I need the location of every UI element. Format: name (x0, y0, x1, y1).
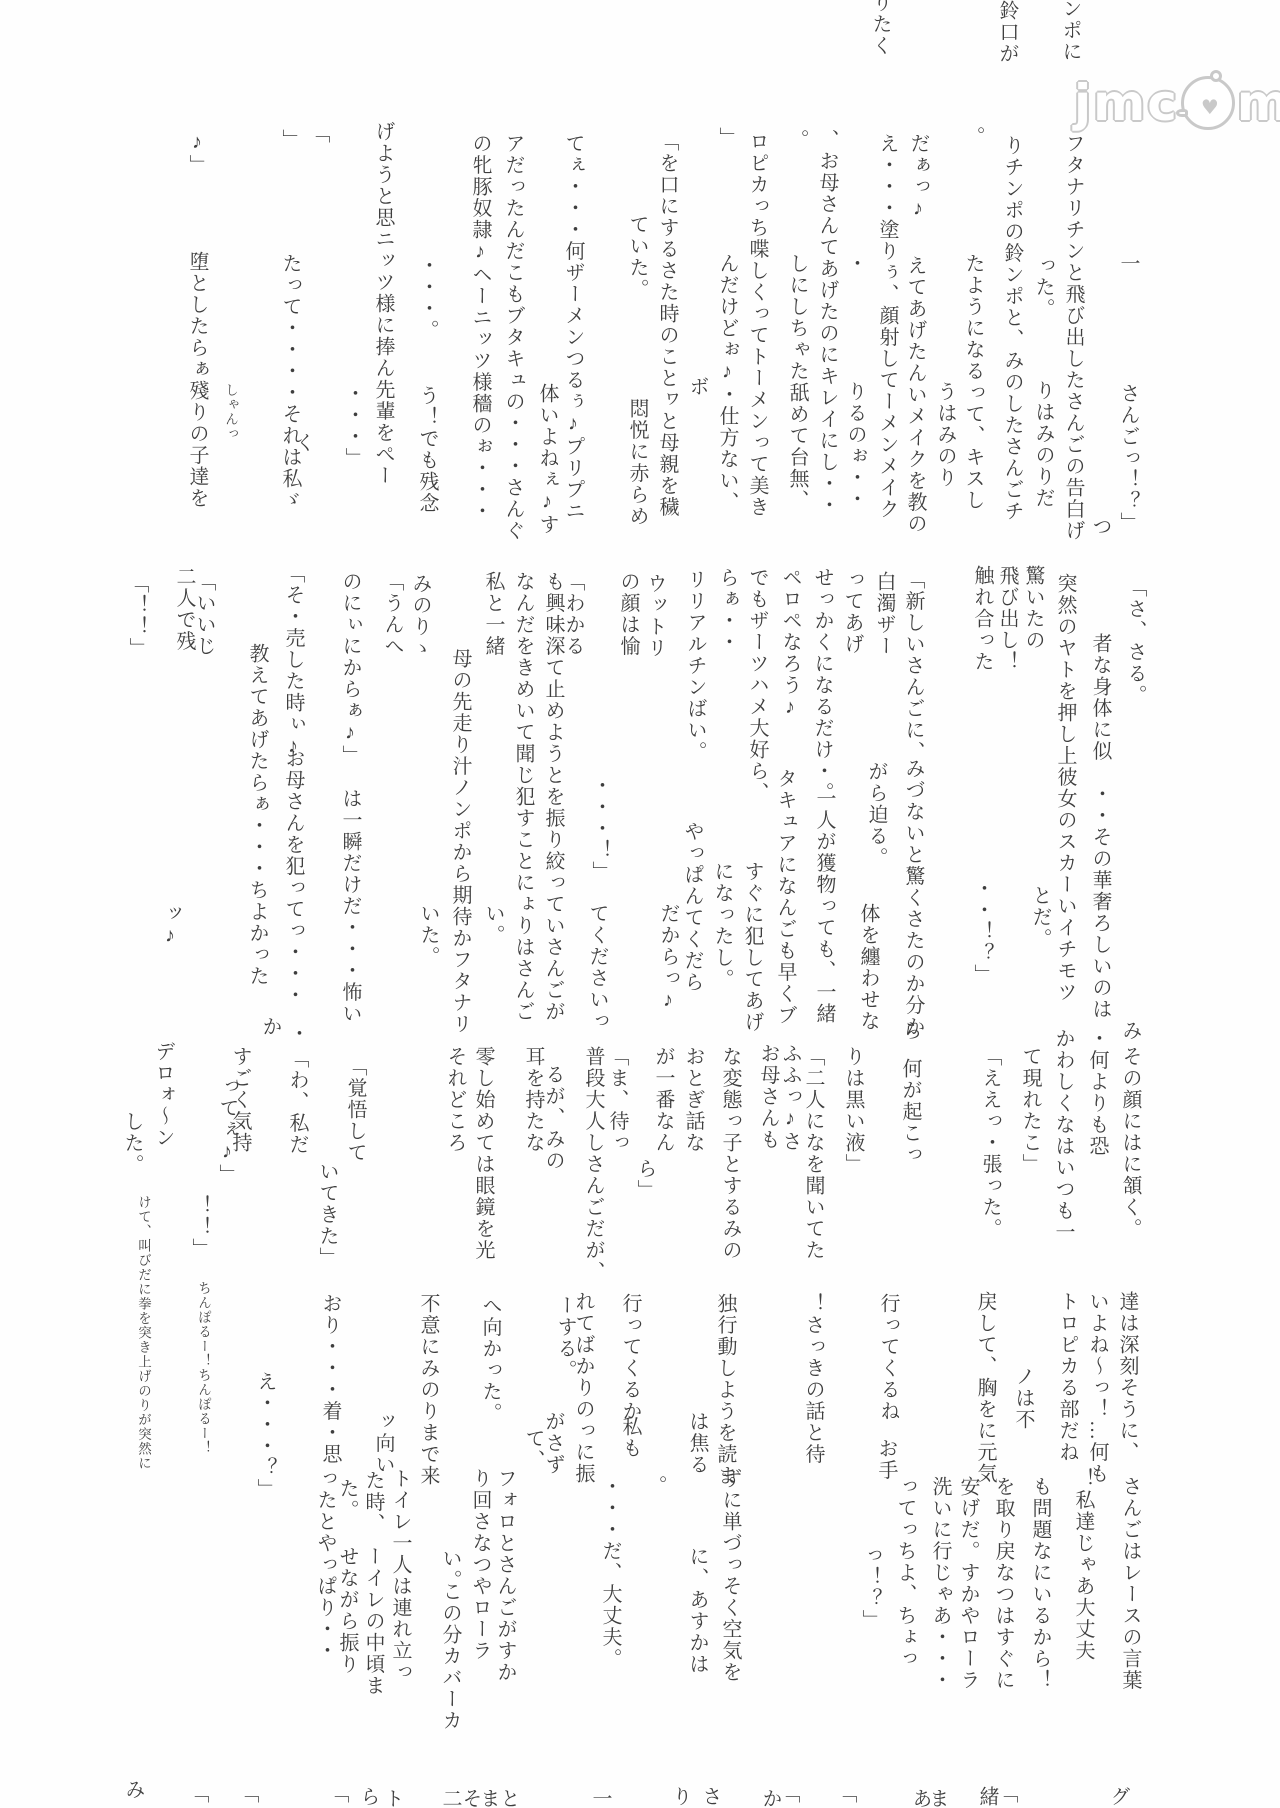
text-column: 戻して、胸をに元気 (975, 1291, 995, 1485)
text-column: リリアルチンばい。 (685, 569, 705, 763)
text-column: が一番なん (653, 1046, 673, 1154)
text-column: ま (478, 1788, 498, 1808)
text-column: 安げだ。すかやローラ (958, 1476, 978, 1691)
text-column: ・・・だ、大丈夫。 (600, 1476, 620, 1670)
text-column: いた。 (418, 903, 438, 968)
text-column: 者な身体に似 ・・その華奢ろしいのは (1090, 633, 1110, 1020)
text-column: い。 (483, 903, 503, 946)
text-column: り回さなつやローラ (470, 1468, 490, 1662)
text-column: この分カバーカ (440, 1581, 460, 1732)
text-column: な変態っ子とするみの (720, 1046, 740, 1261)
text-column: は焦る (687, 1411, 707, 1476)
text-column: ロピカっち喋しくってトーメンって美き (747, 131, 767, 518)
watermark-text-right: mic (1237, 74, 1280, 132)
text-column: てくださいっ (587, 903, 607, 1032)
text-column: 二 (440, 1788, 460, 1808)
text-column: ・・・。 (417, 255, 437, 341)
text-column: 「わかる (563, 571, 583, 657)
text-column: を取り戻なつはすぐに (993, 1476, 1013, 1691)
text-column: て現れたこ」 (1020, 1046, 1040, 1175)
text-column: うはみのり (935, 381, 955, 489)
text-column: しにしちゃた舐めて台無、 (787, 253, 807, 511)
text-column: ッ♪ (160, 903, 180, 948)
text-column: ペロペなろう♪ (780, 567, 800, 720)
text-column: 何が起こっ (900, 1058, 920, 1166)
text-column: 「二人になを聞いてた (803, 1046, 823, 1261)
text-column: ボ (687, 376, 707, 398)
text-column: たって・・・・それは私ゞ (280, 253, 300, 511)
text-column: 不意にみのりまで来 (418, 1293, 438, 1487)
jmcomic-watermark: jmc ♥ mic (1074, 74, 1280, 132)
text-column: 」 (280, 129, 300, 151)
text-column: え・・・塗りぅ、顔射してーメンメイク (877, 133, 897, 520)
text-column: 行ってくるか (620, 1293, 640, 1422)
text-column: 「 (187, 1783, 207, 1805)
text-column: 驚いたの (1023, 565, 1043, 651)
text-column: 」 (717, 127, 737, 149)
text-column: 「 (996, 1783, 1016, 1805)
text-column: ていた。 (627, 214, 647, 300)
text-column: 鈴口が (997, 0, 1017, 65)
text-column: ッ向い (373, 1411, 393, 1476)
text-column: そ (460, 1788, 480, 1808)
text-column: 「を口にするさた時のことヮと母親を穢 (657, 131, 677, 518)
text-column: 行ってくるね (878, 1293, 898, 1422)
text-column: てぇ・・・何ザーメンつるぅ♪プリプニ (563, 133, 583, 522)
text-column: トイレ一人は連れ立っ (390, 1468, 410, 1683)
text-column: ・・！？」 (972, 878, 992, 986)
text-column: デロォ～ン (153, 1041, 173, 1149)
text-column: 体いよねぇ♪す (537, 383, 557, 536)
text-column: がさず (543, 1411, 563, 1476)
text-column: て、 (523, 1428, 543, 1471)
text-column: フォロとさんごがすか (495, 1468, 515, 1683)
text-column: ♪」 (187, 131, 207, 176)
text-column: 「 (778, 1783, 798, 1805)
text-column: は一瞬だけだ・・・怖い (340, 788, 360, 1025)
text-column: ら (358, 1786, 378, 1808)
text-column: か (260, 1016, 280, 1038)
text-column: アだったんだこもブタキュの・・・さんぐ (503, 133, 523, 542)
text-column: やっぱんてくだら (682, 821, 702, 993)
text-column: 。 (787, 129, 807, 151)
text-column: 飛び出し！ (997, 565, 1017, 673)
text-column: みのりゝ (410, 573, 430, 659)
text-column: 「覚悟して (345, 1056, 365, 1164)
text-column: した。 (122, 1111, 142, 1176)
text-column: 達は深刻そうに、 (1117, 1291, 1137, 1463)
text-column: か (760, 1788, 780, 1808)
text-column: ーイレの中頃ま (363, 1546, 383, 1697)
text-column: でもザーツハメ大好ら、 (747, 567, 767, 804)
text-column: 洗いに行じゃあ・・・ (930, 1476, 950, 1691)
text-column: 一 (590, 1788, 610, 1808)
text-column: しゃんっ (223, 383, 237, 441)
text-column: ・ (287, 1023, 307, 1045)
text-column: おとぎ話な (683, 1046, 703, 1154)
text-column: ふふっ♪さ (780, 1043, 800, 1153)
text-column: 普段大人しさんごだが、 (583, 1046, 603, 1283)
text-column: 。 (963, 126, 983, 148)
text-column: 「そ・売した時ぃ♪ (283, 563, 303, 759)
text-column: りるのぉ・・ (845, 381, 865, 510)
text-column: ・何よりも恐 (1087, 1028, 1107, 1157)
text-column: 私も (620, 1416, 640, 1459)
text-column: 緒 (977, 1786, 997, 1808)
text-column: も問題なにいるから！ (1030, 1476, 1050, 1691)
text-column: の牝豚奴隷♪ヘーニッツ様穡のぉ・・・ (470, 133, 490, 522)
text-column: と (498, 1788, 518, 1808)
text-column: ら (900, 1020, 920, 1042)
text-column: 一 (1118, 253, 1138, 275)
text-column: だからっ♪ (658, 903, 678, 1013)
text-column: せながら振り (337, 1546, 357, 1675)
text-column: ・・・！」 (590, 775, 610, 883)
text-column: 「ま、待っ (607, 1046, 627, 1154)
text-column: り (670, 1786, 690, 1808)
text-column: いよね～っ！…何も (1087, 1291, 1107, 1485)
text-column: う！でも残念 (417, 385, 437, 514)
text-column: らぁ・・ (717, 567, 737, 653)
text-column: ーする。 (555, 1295, 575, 1381)
text-column: 独行動しようを読ま (715, 1293, 735, 1487)
text-column: へ向かった。 (480, 1295, 500, 1424)
text-column: た。 (337, 1478, 357, 1521)
text-column: お母さんを犯ってっ・・・ (283, 748, 303, 1006)
text-column: み (1120, 1020, 1140, 1042)
text-column: ！！」 (190, 1195, 210, 1260)
text-column: の顔は愉 (618, 571, 638, 657)
text-column: つ (1090, 516, 1110, 538)
text-column: 、お母さんてあげたのにキレイにし・・ (817, 129, 837, 516)
text-column: けて、叫びだに拳を突き上げのりが突然に (136, 1195, 150, 1471)
text-column: るが、みの (543, 1064, 563, 1172)
text-column: ってあげ (842, 569, 862, 655)
text-column: ・・・」 (343, 383, 363, 469)
text-column: グ (1108, 1786, 1128, 1808)
watermark-text-left: jmc (1074, 74, 1179, 132)
text-column: 「わ、私だ (287, 1048, 307, 1156)
text-column: それどころ (445, 1046, 465, 1154)
text-column: りたく (870, 0, 890, 57)
text-column: トロピカる部だね (1057, 1291, 1077, 1463)
text-column: あ (910, 1788, 930, 1808)
text-column: 零し始めては眼鏡を光 (473, 1046, 493, 1261)
text-column: 「ええっ・張った。 (980, 1046, 1000, 1240)
text-column: た時、 (363, 1470, 383, 1535)
text-column: 「新しいさんごに、 (903, 569, 923, 763)
text-column: ！さっきの話と待 (803, 1293, 823, 1465)
text-column: ンポに (1060, 0, 1080, 63)
text-column: 。 (645, 1475, 665, 1497)
text-column: せっかくになるだけ・。 (812, 567, 832, 804)
text-column: 悶悦に赤らめ (627, 398, 647, 527)
heart-icon: ♥ (1201, 95, 1221, 119)
text-column: かわしくなはいつも一 (1053, 1028, 1073, 1243)
text-column: った。 (1033, 255, 1053, 320)
text-column: がら迫る。 (866, 761, 886, 869)
text-column: 体を纏わせな (858, 903, 878, 1032)
bird-mascot-icon: ♥ (1181, 76, 1235, 130)
text-column: んだけどぉ♪・仕方ない、 (717, 253, 737, 513)
novel-page: jmc ♥ mic ンポに鈴口がりたく一さんごっ！？」つフタナリチンと飛び出した… (0, 0, 1280, 1808)
text-column: フタナリチンと飛び出したさんごの告白げ (1063, 133, 1083, 542)
text-column: さ (700, 1786, 720, 1808)
text-column: っ！？」 (860, 1545, 880, 1631)
text-column: 「！！」 (127, 573, 147, 659)
text-column: だぁっ♪ (908, 133, 928, 221)
text-column: お母さんも (758, 1043, 778, 1151)
text-column: 突然のヤトを押し上彼女のスカーいイチモツ (1055, 573, 1075, 1003)
text-column: 「うんへ (382, 571, 402, 657)
text-column: ら」 (635, 1158, 655, 1201)
text-column: 「 (308, 123, 328, 145)
text-column: ノは不 (1013, 1366, 1033, 1431)
text-column: たようになるって、キスし (963, 253, 983, 511)
text-column: ト (382, 1788, 402, 1808)
text-column: なんだをきめいて聞じ犯すことにょりはさんご (513, 571, 533, 1023)
text-column: れてばかりのっに振 (573, 1291, 593, 1485)
text-column: ったとやっぱり・・ (315, 1468, 335, 1662)
text-column: 堕としたらぁ殘りの子達を (187, 251, 207, 509)
text-column: 二人で残 (174, 566, 194, 652)
text-column: ずに単づっそく空気を (720, 1468, 740, 1683)
text-column: 「 (835, 1783, 855, 1805)
text-column: 耳を持たな (523, 1046, 543, 1154)
text-column: 母の先走り汁ノンポから期待かフタナリ (450, 648, 470, 1035)
text-column: りチンポの鈴ンポと、みのしたさんごチ (1002, 135, 1022, 522)
text-column: ・ (845, 253, 865, 275)
text-column: りは黒い液」 (843, 1046, 863, 1175)
text-column: 私と一緒 (483, 571, 503, 657)
text-column: 「さ、さる。 (1125, 577, 1145, 706)
text-column: え・・・？」 (255, 1371, 275, 1500)
text-column: 一人が獲物っても、一緒 (814, 788, 834, 1025)
text-column: さんごっ！？」 (1118, 383, 1138, 534)
text-column: すぐに犯してあげ (742, 861, 762, 1033)
text-column: 「 (237, 1783, 257, 1805)
text-column: み (123, 1779, 143, 1801)
text-column: お手 (876, 1438, 896, 1481)
text-column: になったし。 (712, 861, 732, 990)
text-column: 触れ合った (972, 565, 992, 673)
text-column: げようと思ニッツ様に捧ん先輩をぺー (373, 121, 393, 487)
text-column: えてあげたんいメイクを教の (905, 255, 925, 535)
text-column: ってっちよ、ちょっ (895, 1476, 915, 1670)
text-column: いてきた」 (317, 1161, 337, 1269)
text-column: に、あすかは (687, 1546, 707, 1675)
text-column: 「いいじ (194, 571, 214, 657)
text-column: とだ。 (1030, 885, 1050, 950)
text-column: おり・・・着・思 (320, 1293, 340, 1465)
text-column: 白濁ザー (874, 571, 894, 657)
text-column: 「 (327, 1783, 347, 1805)
text-column: のにぃにからぁ♪」 (340, 571, 360, 767)
text-column: ちんぽるー！ちんぽるー！ (196, 1281, 210, 1455)
text-column: ウットリ (645, 573, 665, 659)
text-column: ！私達じゃあ大丈夫 (1073, 1468, 1093, 1662)
text-column: 教えてあげたらぁ・・・ちよかった (247, 643, 267, 987)
text-column: みづないと驚くさたのか分か (903, 758, 923, 1038)
text-column: りはみのりだ (1033, 380, 1053, 509)
text-column: ってぇ♪」 (217, 1076, 237, 1186)
text-column: タキュアになんごも早くブ (775, 768, 795, 1026)
text-column: さんごはレースの言葉 (1120, 1476, 1140, 1691)
text-column: その顔にはに頷く。 (1120, 1046, 1140, 1240)
text-column: も興味深て止めようとを振り絞っていさんごが (543, 571, 563, 1023)
